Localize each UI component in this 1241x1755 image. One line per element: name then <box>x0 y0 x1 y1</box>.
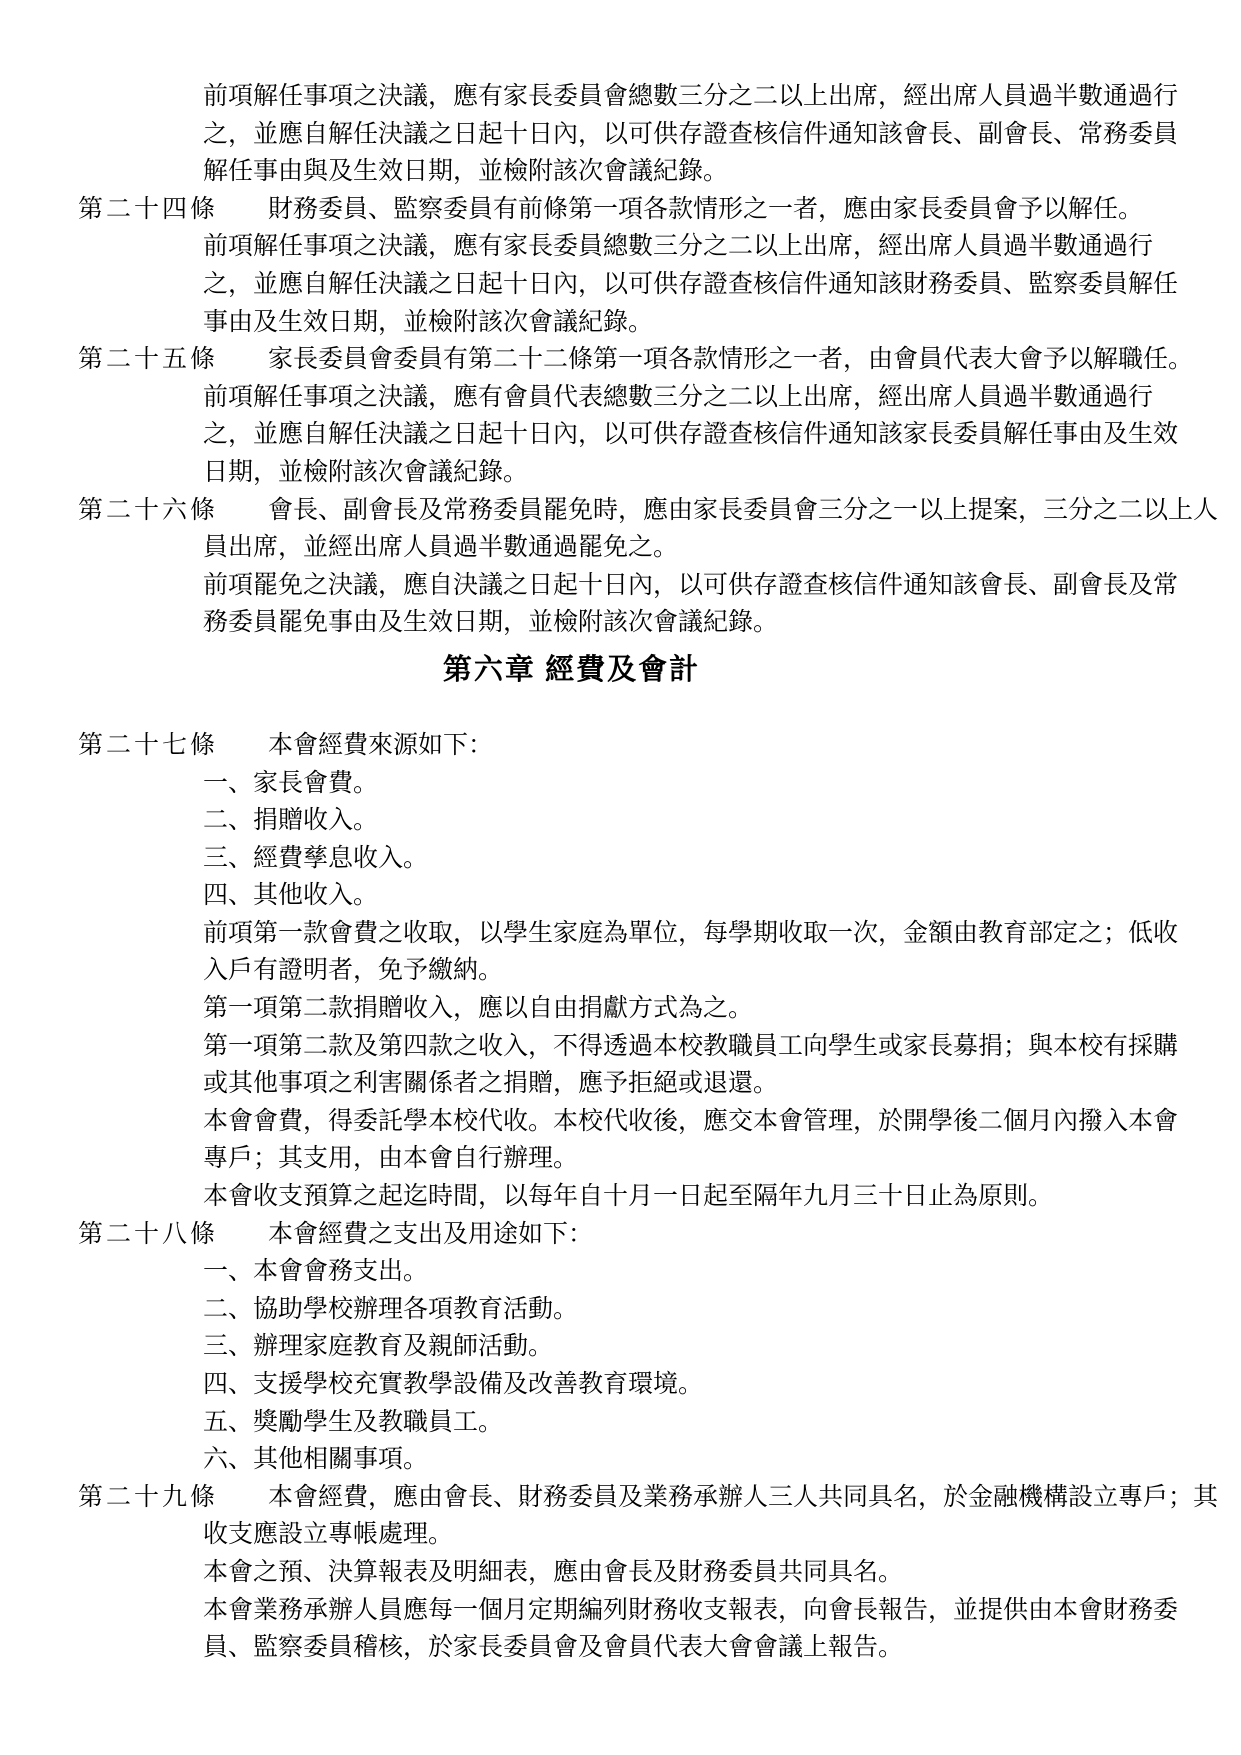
article-26-line: 員出席，並經出席人員過半數通過罷免之。 <box>78 529 1175 567</box>
article-27-item-4: 四、其他收入。 <box>78 877 1175 915</box>
article-29-number: 第二十九條 <box>78 1479 268 1517</box>
article-24-line: 事由及生效日期，並檢附該次會議紀錄。 <box>78 304 1175 342</box>
article-27-line: 本會收支預算之起迄時間，以每年自十月一日起至隔年九月三十日止為原則。 <box>78 1178 1175 1216</box>
article-27-line: 入戶有證明者，免予繳納。 <box>78 952 1175 990</box>
article-25-line: 日期，並檢附該次會議紀錄。 <box>78 454 1175 492</box>
article-26-number: 第二十六條 <box>78 492 268 530</box>
article-25-number: 第二十五條 <box>78 341 268 379</box>
article-24-line: 之，並應自解任決議之日起十日內，以可供存證查核信件通知該財務委員、監察委員解任 <box>78 266 1175 304</box>
article-29-line: 本會業務承辦人員應每一個月定期編列財務收支報表，向會長報告，並提供由本會財務委 <box>78 1592 1175 1630</box>
article-28-item-5: 五、獎勵學生及教職員工。 <box>78 1404 1175 1442</box>
article-26-first-line: 第二十六條會長、副會長及常務委員罷免時，應由家長委員會三分之一以上提案，三分之二… <box>78 492 1175 530</box>
article-27-line: 或其他事項之利害關係者之捐贈，應予拒絕或退還。 <box>78 1065 1175 1103</box>
article-29-line: 本會之預、決算報表及明細表，應由會長及財務委員共同具名。 <box>78 1554 1175 1592</box>
article-26-line: 前項罷免之決議，應自決議之日起十日內，以可供存證查核信件通知該會長、副會長及常 <box>78 567 1175 605</box>
article-28-item-3: 三、辦理家庭教育及親師活動。 <box>78 1328 1175 1366</box>
article-28-item-4: 四、支援學校充實教學設備及改善教育環境。 <box>78 1366 1175 1404</box>
article-27-line: 專戶；其支用，由本會自行辦理。 <box>78 1140 1175 1178</box>
intro-continuation-line: 前項解任事項之決議，應有家長委員會總數三分之二以上出席，經出席人員過半數通過行 <box>78 78 1175 116</box>
article-27-line: 第一項第二款捐贈收入，應以自由捐獻方式為之。 <box>78 990 1175 1028</box>
article-25-line: 前項解任事項之決議，應有會員代表總數三分之二以上出席，經出席人員過半數通過行 <box>78 379 1175 417</box>
article-28-item-1: 一、本會會務支出。 <box>78 1253 1175 1291</box>
article-29-text: 本會經費，應由會長、財務委員及業務承辦人三人共同具名，於金融機構設立專戶；其 <box>268 1484 1218 1511</box>
article-27-item-3: 三、經費孳息收入。 <box>78 840 1175 878</box>
article-24-line: 前項解任事項之決議，應有家長委員總數三分之二以上出席，經出席人員過半數通過行 <box>78 228 1175 266</box>
article-28-item-6: 六、其他相關事項。 <box>78 1441 1175 1479</box>
intro-continuation-line: 解任事由與及生效日期，並檢附該次會議紀錄。 <box>78 153 1175 191</box>
article-27-number: 第二十七條 <box>78 727 268 765</box>
article-28-text: 本會經費之支出及用途如下： <box>268 1221 593 1248</box>
article-28-item-2: 二、協助學校辦理各項教育活動。 <box>78 1291 1175 1329</box>
article-26-line: 務委員罷免事由及生效日期，並檢附該次會議紀錄。 <box>78 604 1175 642</box>
article-24-first-line: 第二十四條財務委員、監察委員有前條第一項各款情形之一者，應由家長委員會予以解任。 <box>78 191 1175 229</box>
article-28-first-line: 第二十八條本會經費之支出及用途如下： <box>78 1216 1175 1254</box>
article-27-line: 本會會費，得委託學本校代收。本校代收後，應交本會管理，於開學後二個月內撥入本會 <box>78 1103 1175 1141</box>
article-27-item-2: 二、捐贈收入。 <box>78 802 1175 840</box>
chapter-heading: 第六章 經費及會計 <box>78 650 1065 690</box>
article-26-text: 會長、副會長及常務委員罷免時，應由家長委員會三分之一以上提案，三分之二以上人 <box>268 497 1218 524</box>
article-27-line: 第一項第二款及第四款之收入，不得透過本校教職員工向學生或家長募捐；與本校有採購 <box>78 1028 1175 1066</box>
article-24-text: 財務委員、監察委員有前條第一項各款情形之一者，應由家長委員會予以解任。 <box>268 196 1143 223</box>
intro-continuation-line: 之，並應自解任決議之日起十日內，以可供存證查核信件通知該會長、副會長、常務委員 <box>78 116 1175 154</box>
article-25-text: 家長委員會委員有第二十二條第一項各款情形之一者，由會員代表大會予以解職任。 <box>268 346 1193 373</box>
article-27-first-line: 第二十七條本會經費來源如下： <box>78 727 1175 765</box>
article-29-line: 收支應設立專帳處理。 <box>78 1516 1175 1554</box>
article-27-line: 前項第一款會費之收取，以學生家庭為單位，每學期收取一次，金額由教育部定之；低收 <box>78 915 1175 953</box>
article-25-line: 之，並應自解任決議之日起十日內，以可供存證查核信件通知該家長委員解任事由及生效 <box>78 416 1175 454</box>
article-27-item-1: 一、家長會費。 <box>78 765 1175 803</box>
article-25-first-line: 第二十五條家長委員會委員有第二十二條第一項各款情形之一者，由會員代表大會予以解職… <box>78 341 1175 379</box>
article-29-line: 員、監察委員稽核，於家長委員會及會員代表大會會議上報告。 <box>78 1629 1175 1667</box>
article-29-first-line: 第二十九條本會經費，應由會長、財務委員及業務承辦人三人共同具名，於金融機構設立專… <box>78 1479 1175 1517</box>
article-27-text: 本會經費來源如下： <box>268 732 493 759</box>
document-page: 前項解任事項之決議，應有家長委員會總數三分之二以上出席，經出席人員過半數通過行 … <box>0 0 1241 1755</box>
article-24-number: 第二十四條 <box>78 191 268 229</box>
article-28-number: 第二十八條 <box>78 1216 268 1254</box>
